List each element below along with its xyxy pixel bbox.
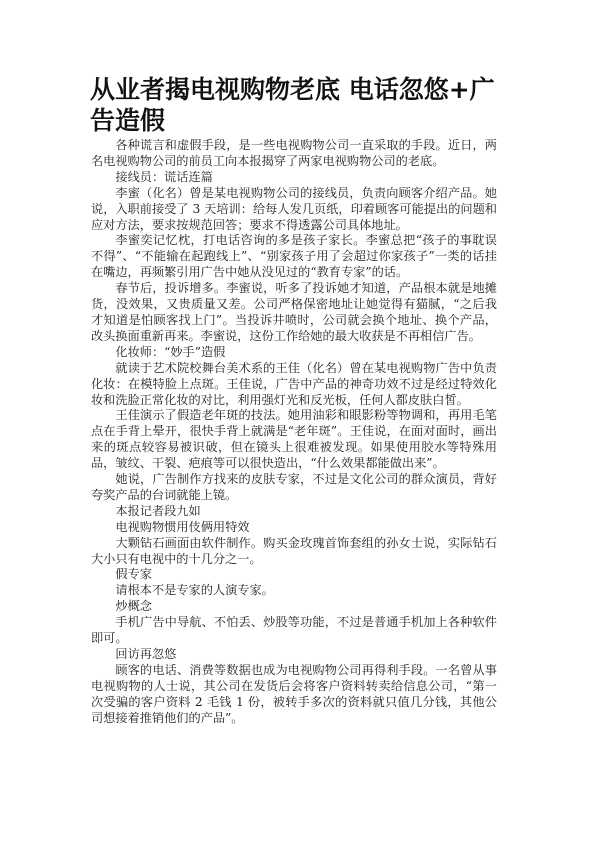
paragraph: 请根本不是专家的人演专家。	[91, 583, 497, 599]
subheading-callback: 回访再忽悠	[91, 647, 497, 663]
paragraph: 李蜜奕记忆枕，打电话咨询的多是孩子家长。李蜜总把“孩子的事耽误不得”、“不能输在…	[91, 233, 497, 281]
paragraph: 王佳演示了假造老年斑的技法。她用油彩和眼影粉等物调和，再用毛笔点在手背上晕开，很…	[91, 408, 497, 472]
paragraph: 她说，广告制作方找来的皮肤专家，不过是文化公司的群众演员，背好夸奖产品的台词就能…	[91, 472, 497, 504]
article-body: 各种谎言和虚假手段，是一些电视购物公司一直采取的手段。近日，两名电视购物公司的前…	[91, 138, 497, 727]
section-heading-makeup: 化妆师：“妙手”造假	[91, 345, 497, 361]
section-heading-operator: 接线员：谎话连篇	[91, 170, 497, 186]
subheading-hype-concept: 炒概念	[91, 599, 497, 615]
article-title: 从业者揭电视购物老底 电话忽悠+广告造假	[90, 74, 497, 136]
paragraph-intro: 各种谎言和虚假手段，是一些电视购物公司一直采取的手段。近日，两名电视购物公司的前…	[91, 138, 497, 170]
paragraph: 顾客的电话、消费等数据也成为电视购物公司再得利手段。一名曾从事电视购物的人士说，…	[91, 663, 497, 727]
subheading-fake-expert: 假专家	[91, 567, 497, 583]
paragraph: 李蜜（化名）曾是某电视购物公司的接线员，负责向顾客介绍产品。她说，入职前接受了 …	[91, 186, 497, 234]
paragraph: 手机广告中导航、不怕丢、炒股等功能，不过是普通手机加上各种软件即可。	[91, 615, 497, 647]
byline: 本报记者段九如	[91, 504, 497, 520]
paragraph: 大颗钻石画面由软件制作。购买金玫瑰首饰套组的孙女士说，实际钻石大小只有电视中的十…	[91, 536, 497, 568]
document-page: 从业者揭电视购物老底 电话忽悠+广告造假 各种谎言和虚假手段，是一些电视购物公司…	[91, 74, 497, 727]
paragraph: 春节后，投诉增多。李蜜说，听多了投诉她才知道，产品根本就是地摊货，没效果，又贵质…	[91, 281, 497, 345]
section-heading-tricks: 电视购物惯用伎俩用特效	[91, 520, 497, 536]
paragraph: 就读于艺术院校舞台美术系的王佳（化名）曾在某电视购物广告中负责化妆：在模特脸上点…	[91, 361, 497, 409]
